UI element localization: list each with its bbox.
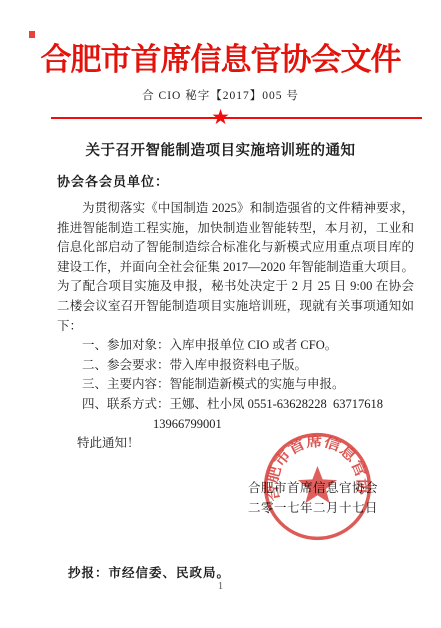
header-divider-rule — [51, 117, 422, 119]
salutation: 协会各会员单位： — [57, 171, 169, 190]
body-paragraph: 为贯彻落实《中国制造 2025》和制造强省的文件精神要求，推进智能制造工程实施，… — [57, 199, 414, 336]
document-page: 合肥市首席信息官协会文件 合 CIO 秘字【2017】005 号 ★ 关于召开智… — [0, 0, 441, 628]
list-item: 三、主要内容：智能制造新模式的实施与申报。 — [57, 375, 414, 395]
list-item: 四、联系方式：王娜、杜小凤 0551-63628228 63717618 — [57, 395, 414, 415]
list-item: 一、参加对象：入库申报单位 CIO 或者 CFO。 — [57, 336, 414, 356]
header-banner: 合肥市首席信息官协会文件 — [0, 34, 441, 79]
list-item: 二、参会要求：带入库申报资料电子版。 — [57, 356, 414, 376]
doc-title: 关于召开智能制造项目实施培训班的通知 — [0, 139, 441, 160]
star-icon: ★ — [211, 106, 230, 129]
official-seal: 合肥市首席信息官协会 — [261, 430, 374, 543]
doc-number: 合 CIO 秘字【2017】005 号 — [0, 87, 441, 103]
cc-line: 抄报：市经信委、民政局。 — [68, 563, 230, 581]
page-number: 1 — [0, 581, 441, 592]
seal-star-icon — [298, 466, 337, 503]
body-block: 为贯彻落实《中国制造 2025》和制造强省的文件精神要求，推进智能制造工程实施，… — [57, 199, 414, 454]
